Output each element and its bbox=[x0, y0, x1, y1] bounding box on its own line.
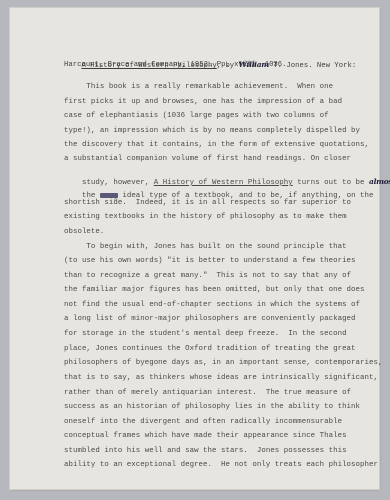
body-line: existing textbooks in the history of phi… bbox=[64, 213, 347, 221]
body-line: This book is a really remarkable achieve… bbox=[64, 83, 333, 91]
body-line: place, Jones continues the Oxford tradit… bbox=[64, 345, 356, 353]
body-line: a long list of minor-major philosophers … bbox=[64, 315, 356, 323]
body-line: obsolete. bbox=[64, 228, 104, 236]
body-line: philosophers of byegone days as, in an i… bbox=[64, 359, 382, 367]
body-line: case of elephantiasis (1036 large pages … bbox=[64, 112, 329, 120]
citation-line-2: Harcourt, Brace and Company, 1952. Pp. x… bbox=[64, 61, 287, 69]
body-line: success as an historian of philosophy li… bbox=[64, 403, 360, 411]
struck-out-word: very bbox=[100, 193, 118, 198]
body-line: ability to an exceptional degree. He not… bbox=[64, 461, 378, 469]
body-line: (to use his own words) "it is better to … bbox=[64, 257, 356, 265]
body-line: for storage in the student's mental deep… bbox=[64, 330, 347, 338]
body-line: a substantial companion volume of first … bbox=[64, 155, 351, 163]
body-line: conceptual frames which have made their … bbox=[64, 432, 347, 440]
body-line: the discovery that it contains, in the f… bbox=[64, 141, 369, 149]
body-line: than to recognize a great many." This is… bbox=[64, 272, 351, 280]
body-line: the familiar major figures has been omit… bbox=[64, 286, 365, 294]
body-line: first picks it up and browses, one has t… bbox=[64, 98, 342, 106]
body-line: that is to say, as thinkers whose ideas … bbox=[64, 374, 378, 382]
body-line: shortish side. Indeed, it is in all resp… bbox=[64, 199, 351, 207]
body-line: rather than of merely antiquarian intere… bbox=[64, 389, 351, 397]
body-line: stumbled into his well and saw the stars… bbox=[64, 447, 347, 455]
body-line: To begin with, Jones has built on the so… bbox=[64, 243, 347, 251]
body-line: type!), an impression which is by no mea… bbox=[64, 127, 360, 135]
body-line: not find the usual end-of-chapter sectio… bbox=[64, 301, 360, 309]
typed-page: A History of Western Philosophy, by Will… bbox=[10, 8, 379, 489]
body-line: oneself into the divergent and often rad… bbox=[64, 418, 342, 426]
